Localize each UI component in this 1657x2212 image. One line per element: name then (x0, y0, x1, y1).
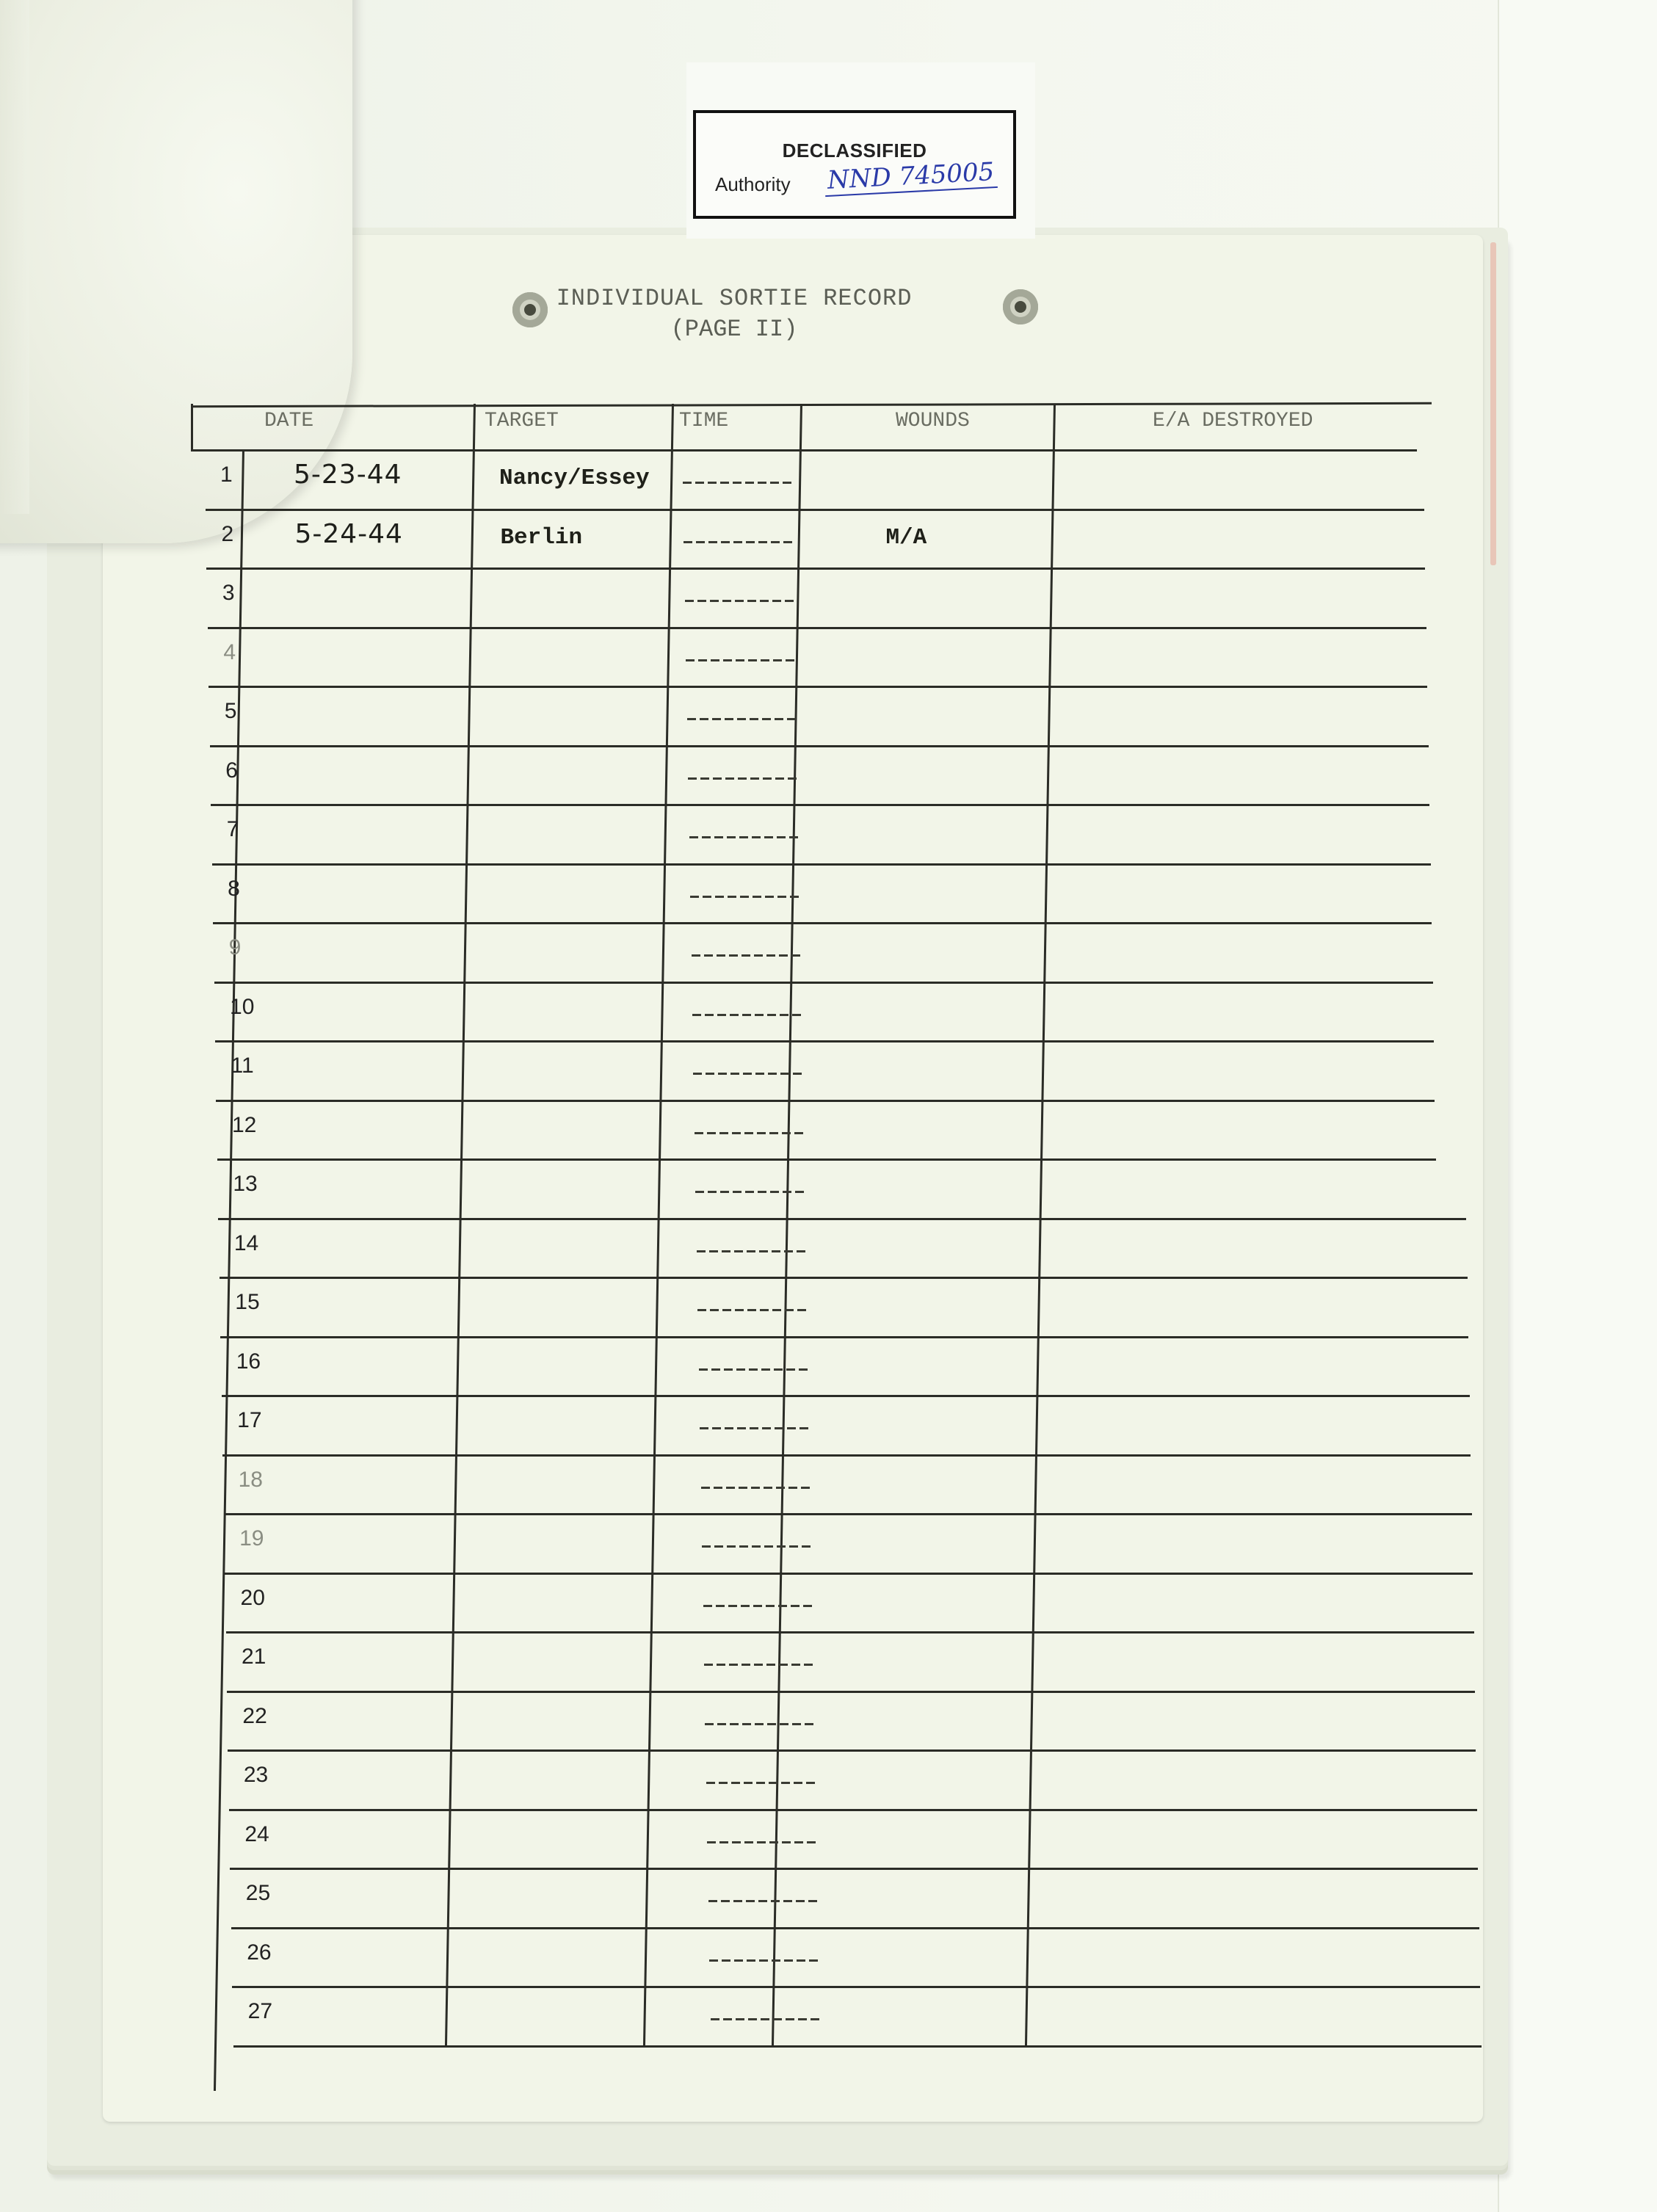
cell-target: Nancy/Essey (499, 465, 650, 491)
time-dash-line (697, 1309, 808, 1311)
row-number: 19 (239, 1526, 264, 1551)
table-row-rule (210, 745, 1429, 747)
table-row-rule (230, 1868, 1478, 1870)
time-dash-line (695, 1191, 805, 1193)
column-header-target: TARGET (485, 410, 559, 432)
curled-page-shadow (0, 0, 29, 514)
row-number: 4 (223, 640, 236, 665)
row-number: 22 (242, 1704, 267, 1729)
row-number: 20 (241, 1586, 265, 1611)
table-row-rule (212, 863, 1431, 866)
declassified-stamp: DECLASSIFIED Authority NND 745005 (693, 110, 1016, 219)
time-dash-line (693, 1073, 803, 1075)
time-dash-line (684, 541, 794, 543)
time-dash-line (708, 1900, 819, 1902)
time-dash-line (700, 1427, 810, 1429)
row-number: 16 (236, 1349, 261, 1374)
form-subtitle: (PAGE II) (514, 316, 954, 343)
form-title: INDIVIDUAL SORTIE RECORD (514, 285, 954, 312)
row-number: 3 (222, 581, 235, 606)
row-number: 9 (229, 935, 242, 960)
row-number: 5 (225, 699, 237, 724)
row-number: 18 (239, 1468, 263, 1493)
time-dash-line (683, 482, 793, 484)
row-number: 27 (248, 1999, 272, 2024)
row-number: 14 (234, 1231, 258, 1256)
row-number: 12 (232, 1113, 256, 1138)
table-row-rule (231, 1927, 1479, 1929)
column-header-wounds: WOUNDS (896, 410, 970, 432)
row-number: 15 (235, 1290, 259, 1315)
row-number: 7 (227, 817, 239, 842)
time-dash-line (701, 1487, 811, 1489)
table-row-rule (222, 1395, 1470, 1397)
row-number: 21 (242, 1645, 266, 1669)
time-dash-line (705, 1723, 815, 1725)
column-divider-date (445, 404, 476, 2045)
row-number: 2 (221, 522, 233, 547)
stamp-authority-label: Authority (715, 173, 791, 196)
row-number: 6 (225, 758, 238, 783)
column-divider-time (772, 404, 802, 2045)
paper-stack-edge (1490, 242, 1496, 565)
row-number: 26 (247, 1940, 271, 1965)
row-number: 24 (244, 1822, 269, 1847)
time-dash-line (692, 1014, 802, 1016)
table-row-rule (228, 1749, 1476, 1752)
row-number: 23 (244, 1763, 268, 1788)
time-dash-line (697, 1250, 807, 1252)
punch-hole-right (1003, 289, 1038, 324)
table-row-rule (232, 1986, 1480, 1988)
header-bottom-rule (191, 449, 1417, 452)
stamp-authority-value: NND 745005 (824, 157, 998, 197)
time-dash-line (690, 896, 800, 898)
row-number: 8 (228, 877, 240, 902)
table-row-rule (213, 922, 1432, 924)
column-divider-target (643, 404, 674, 2045)
table-row-rule (227, 1691, 1475, 1693)
table-row-rule (206, 509, 1424, 511)
cell-wounds: M/A (885, 525, 927, 551)
table-row-rule (216, 1100, 1435, 1102)
table-row-rule (220, 1277, 1468, 1279)
time-dash-line (706, 1782, 816, 1784)
time-dash-line (711, 2018, 821, 2020)
row-number: 11 (231, 1054, 253, 1078)
table-row-rule (218, 1218, 1466, 1220)
table-row-rule (222, 1454, 1471, 1457)
time-dash-line (686, 659, 796, 661)
cell-date: 5-24-44 (294, 519, 403, 549)
table-row-rule (229, 1809, 1477, 1811)
table-row-rule (225, 1573, 1473, 1575)
row-number: 17 (237, 1408, 261, 1433)
binder-edge (1498, 0, 1657, 2212)
table-row-rule (233, 2045, 1482, 2048)
cell-date: 5-23-44 (294, 460, 402, 490)
column-header-e-a-destroyed: E/A DESTROYED (1153, 410, 1313, 432)
time-dash-line (707, 1841, 817, 1843)
time-dash-line (699, 1368, 809, 1371)
table-row-rule (209, 686, 1427, 688)
time-dash-line (703, 1605, 813, 1607)
row-number: 25 (246, 1881, 270, 1906)
row-number: 10 (230, 995, 254, 1020)
time-dash-line (702, 1545, 812, 1548)
column-header-time: TIME (679, 410, 728, 432)
sortie-table: DATETARGETTIMEWOUNDSE/A DESTROYED15-23-4… (191, 404, 1432, 2056)
table-row-rule (215, 1040, 1434, 1042)
cell-target: Berlin (500, 525, 582, 551)
table-row-rule (208, 627, 1426, 629)
time-dash-line (689, 836, 800, 838)
table-row-rule (211, 804, 1429, 806)
time-dash-line (687, 718, 797, 720)
time-dash-line (685, 600, 795, 602)
time-dash-line (688, 777, 798, 780)
table-row-rule (224, 1513, 1472, 1515)
table-row-rule (217, 1158, 1436, 1161)
column-divider-number (214, 449, 244, 2091)
table-left-edge (191, 404, 193, 449)
table-row-rule (226, 1631, 1474, 1633)
time-dash-line (709, 1959, 819, 1962)
table-row-rule (214, 982, 1433, 984)
row-number: 13 (233, 1172, 257, 1197)
time-dash-line (704, 1664, 814, 1666)
time-dash-line (695, 1132, 805, 1134)
column-divider-wounds (1025, 404, 1056, 2045)
table-row-rule (220, 1336, 1468, 1338)
row-number: 1 (220, 463, 233, 487)
column-header-date: DATE (264, 410, 313, 432)
table-row-rule (206, 567, 1425, 570)
time-dash-line (692, 954, 802, 957)
